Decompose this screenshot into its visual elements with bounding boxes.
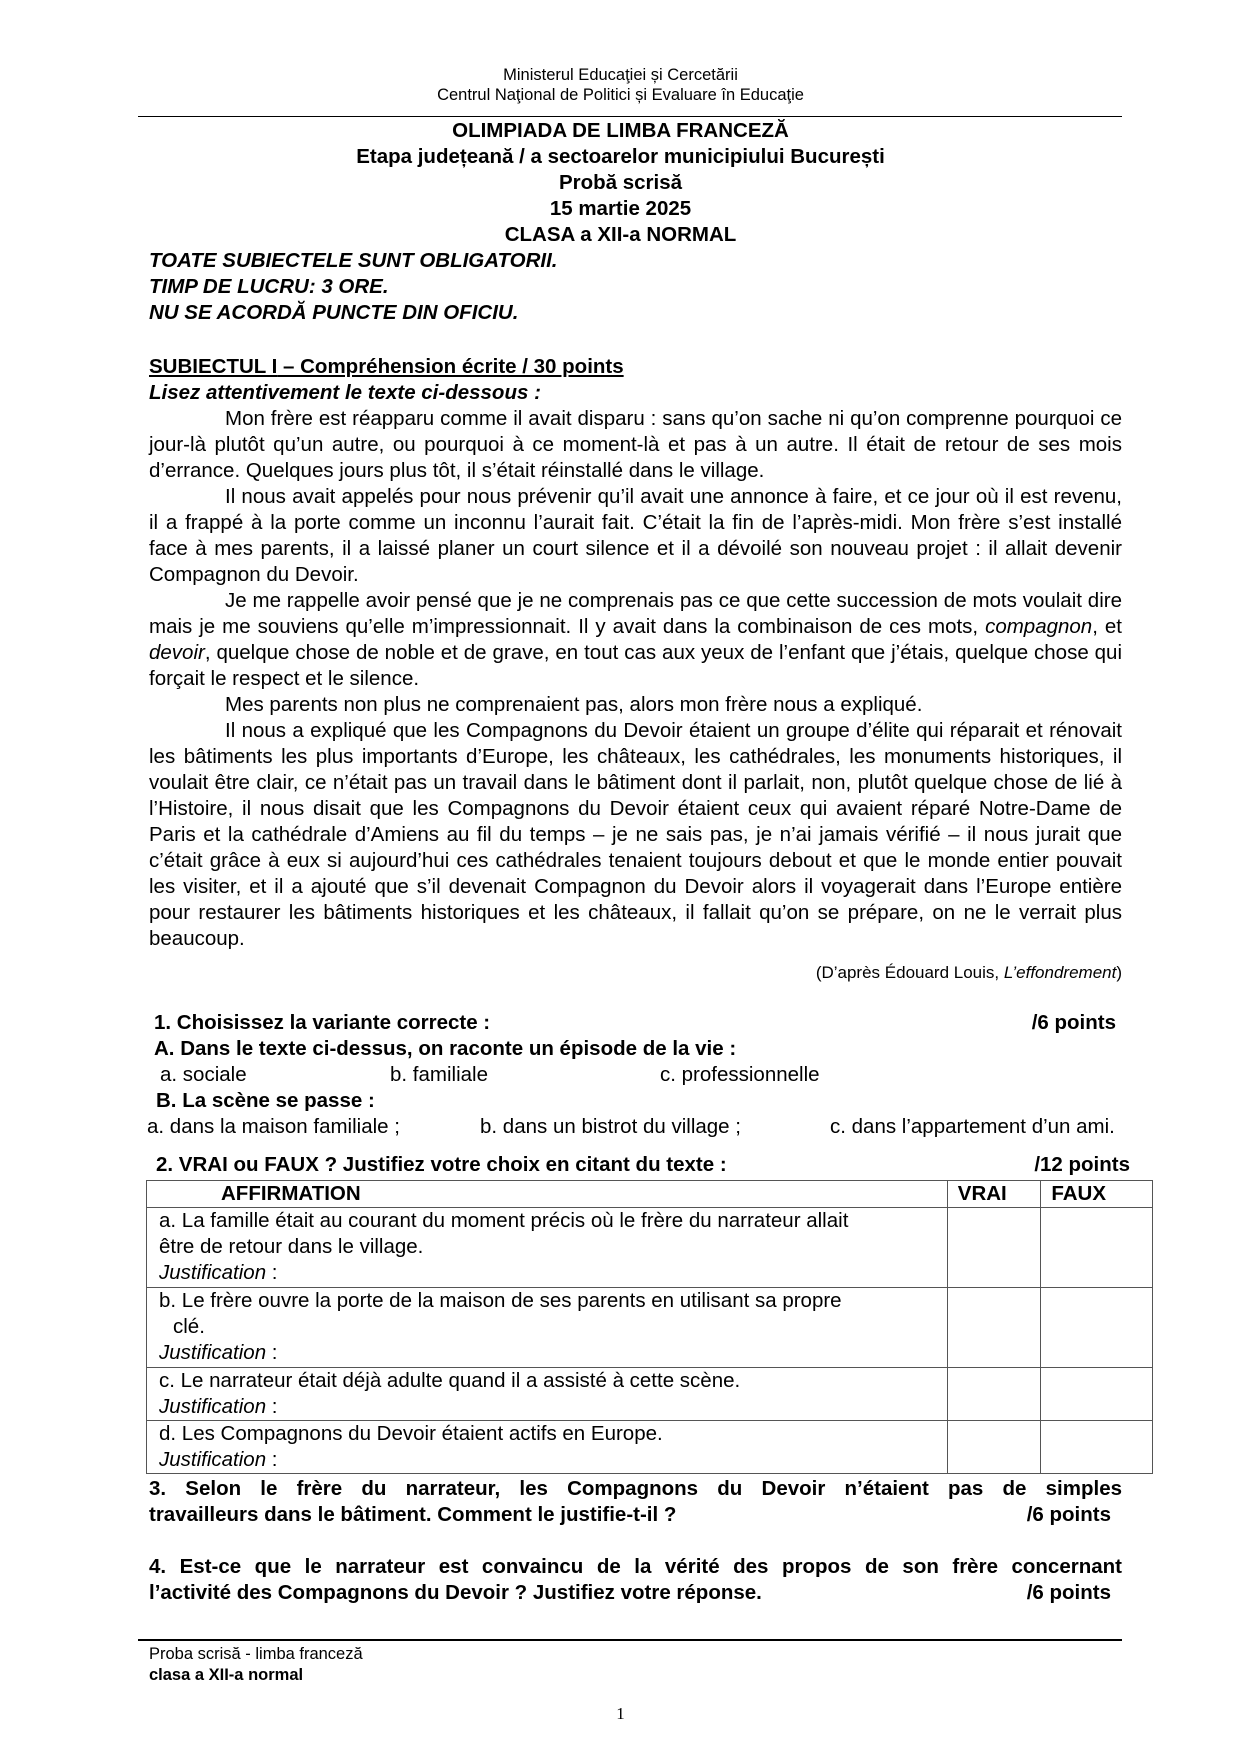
instruction-mandatory: TOATE SUBIECTELE SUNT OBLIGATORII. (149, 248, 558, 274)
question-4-points: /6 points (1027, 1580, 1111, 1606)
justification-colon: : (266, 1341, 277, 1364)
source-prefix: (D’après Édouard Louis, (816, 963, 1004, 982)
page-number: 1 (0, 1704, 1241, 1724)
footer-exam: Proba scrisă - limba franceză (149, 1644, 363, 1665)
p3-italic-devoir: devoir (149, 641, 205, 664)
passage-paragraph-2: Il nous avait appelés pour nous prévenir… (149, 484, 1122, 588)
question-1a-label: A. Dans le texte ci-dessus, on raconte u… (154, 1036, 736, 1062)
question-3-line1: 3. Selon le frère du narrateur, les Comp… (149, 1476, 1122, 1502)
affirmation-b-line2: clé. (159, 1314, 205, 1340)
question-1: 1. Choisissez la variante correcte : /6 … (154, 1010, 1116, 1036)
p3-text-2: , et (1092, 615, 1122, 638)
question-2-label: 2. VRAI ou FAUX ? Justifiez votre choix … (156, 1153, 727, 1176)
faux-cell-c[interactable] (1041, 1368, 1153, 1421)
affirmation-d: d. Les Compagnons du Devoir étaient acti… (147, 1421, 948, 1474)
question-1b-label: B. La scène se passe : (156, 1088, 375, 1114)
footer-divider (138, 1639, 1122, 1641)
question-2-points: /12 points (1034, 1152, 1130, 1178)
passage-paragraph-3: Je me rappelle avoir pensé que je ne com… (149, 588, 1122, 692)
justification-c[interactable]: Justification : (159, 1394, 947, 1420)
justification-label: Justification (159, 1341, 266, 1364)
source-suffix: ) (1116, 963, 1122, 982)
table-row: a. La famille était au courant du moment… (147, 1208, 1153, 1288)
faux-cell-d[interactable] (1041, 1421, 1153, 1474)
option-1a-c: c. professionnelle (660, 1062, 820, 1088)
option-1a-b: b. familiale (390, 1062, 488, 1088)
question-3-line2: travailleurs dans le bâtiment. Comment l… (149, 1503, 676, 1526)
question-1-points: /6 points (1032, 1010, 1116, 1036)
table-header-row: AFFIRMATION VRAI FAUX (147, 1181, 1153, 1208)
affirmation-d-line1: d. Les Compagnons du Devoir étaient acti… (159, 1421, 947, 1447)
title-class: CLASA a XII-a NORMAL (0, 222, 1241, 248)
justification-colon: : (266, 1395, 277, 1418)
passage-paragraph-5: Il nous a expliqué que les Compagnons du… (149, 718, 1122, 952)
section-title-rest: – Compréhension écrite / 30 points (277, 355, 623, 378)
question-1-label: 1. Choisissez la variante correcte : (154, 1011, 490, 1034)
vrai-cell-d[interactable] (947, 1421, 1041, 1474)
question-4-line2: l’activité des Compagnons du Devoir ? Ju… (149, 1581, 762, 1604)
question-3-line2-wrap: travailleurs dans le bâtiment. Comment l… (149, 1502, 1111, 1528)
affirmation-c-line1: c. Le narrateur était déjà adulte quand … (159, 1368, 947, 1394)
justification-b[interactable]: Justification : (159, 1340, 947, 1366)
title-exam-type: Probă scrisă (0, 170, 1241, 196)
passage-source: (D’après Édouard Louis, L’effondrement) (149, 960, 1122, 986)
affirmation-a: a. La famille était au courant du moment… (147, 1208, 948, 1288)
option-1b-b: b. dans un bistrot du village ; (480, 1114, 741, 1140)
option-1b-a: a. dans la maison familiale ; (147, 1114, 400, 1140)
question-4-line1: 4. Est-ce que le narrateur est convaincu… (149, 1554, 1122, 1580)
passage-paragraph-4: Mes parents non plus ne comprenaient pas… (149, 692, 1122, 718)
header-center: Centrul Naţional de Politici și Evaluare… (0, 86, 1241, 105)
passage-paragraph-1: Mon frère est réapparu comme il avait di… (149, 406, 1122, 484)
vrai-cell-c[interactable] (947, 1368, 1041, 1421)
affirmation-a-line2: être de retour dans le village. (159, 1234, 947, 1260)
header-ministry: Ministerul Educaţiei și Cercetării (0, 66, 1241, 85)
faux-cell-b[interactable] (1041, 1288, 1153, 1368)
source-title: L’effondrement (1004, 963, 1116, 982)
p3-italic-compagnon: compagnon (985, 615, 1092, 638)
section-title: SUBIECTUL I – Compréhension écrite / 30 … (149, 354, 624, 380)
footer-class: clasa a XII-a normal (149, 1665, 303, 1686)
instruction-no-points: NU SE ACORDĂ PUNCTE DIN OFICIU. (149, 300, 518, 326)
header-divider (138, 116, 1122, 117)
read-instruction: Lisez attentivement le texte ci-dessous … (149, 380, 541, 406)
p3-text-1: Je me rappelle avoir pensé que je ne com… (149, 589, 1122, 638)
header-vrai: VRAI (947, 1181, 1041, 1208)
reading-passage: Mon frère est réapparu comme il avait di… (149, 406, 1122, 952)
justification-colon: : (266, 1261, 277, 1284)
table-row: c. Le narrateur était déjà adulte quand … (147, 1368, 1153, 1421)
affirmation-b-line1: b. Le frère ouvre la porte de la maison … (159, 1288, 947, 1314)
justification-label: Justification (159, 1395, 266, 1418)
table-row: b. Le frère ouvre la porte de la maison … (147, 1288, 1153, 1368)
justification-colon: : (266, 1448, 277, 1471)
question-2: 2. VRAI ou FAUX ? Justifiez votre choix … (156, 1152, 1130, 1178)
justification-label: Justification (159, 1261, 266, 1284)
vrai-cell-a[interactable] (947, 1208, 1041, 1288)
justification-a[interactable]: Justification : (159, 1260, 947, 1286)
option-1a-a: a. sociale (160, 1062, 247, 1088)
header-affirmation: AFFIRMATION (147, 1181, 948, 1208)
p3-text-3: , quelque chose de noble et de grave, en… (149, 641, 1122, 690)
instruction-time: TIMP DE LUCRU: 3 ORE. (149, 274, 389, 300)
justification-d[interactable]: Justification : (159, 1447, 947, 1473)
vrai-cell-b[interactable] (947, 1288, 1041, 1368)
affirmation-b: b. Le frère ouvre la porte de la maison … (147, 1288, 948, 1368)
option-1b-c: c. dans l’appartement d’un ami. (830, 1114, 1115, 1140)
faux-cell-a[interactable] (1041, 1208, 1153, 1288)
title-olympiad: OLIMPIADA DE LIMBA FRANCEZĂ (0, 118, 1241, 144)
question-4-line2-wrap: l’activité des Compagnons du Devoir ? Ju… (149, 1580, 1111, 1606)
affirmation-c: c. Le narrateur était déjà adulte quand … (147, 1368, 948, 1421)
table-row: d. Les Compagnons du Devoir étaient acti… (147, 1421, 1153, 1474)
title-stage: Etapa județeană / a sectoarelor municipi… (0, 144, 1241, 170)
title-date: 15 martie 2025 (0, 196, 1241, 222)
affirmation-a-line1: a. La famille était au courant du moment… (159, 1208, 947, 1234)
true-false-table: AFFIRMATION VRAI FAUX a. La famille étai… (146, 1180, 1153, 1474)
justification-label: Justification (159, 1448, 266, 1471)
header-faux: FAUX (1041, 1181, 1153, 1208)
question-3-points: /6 points (1027, 1502, 1111, 1528)
section-title-prefix: SUBIECTUL I (149, 355, 277, 378)
